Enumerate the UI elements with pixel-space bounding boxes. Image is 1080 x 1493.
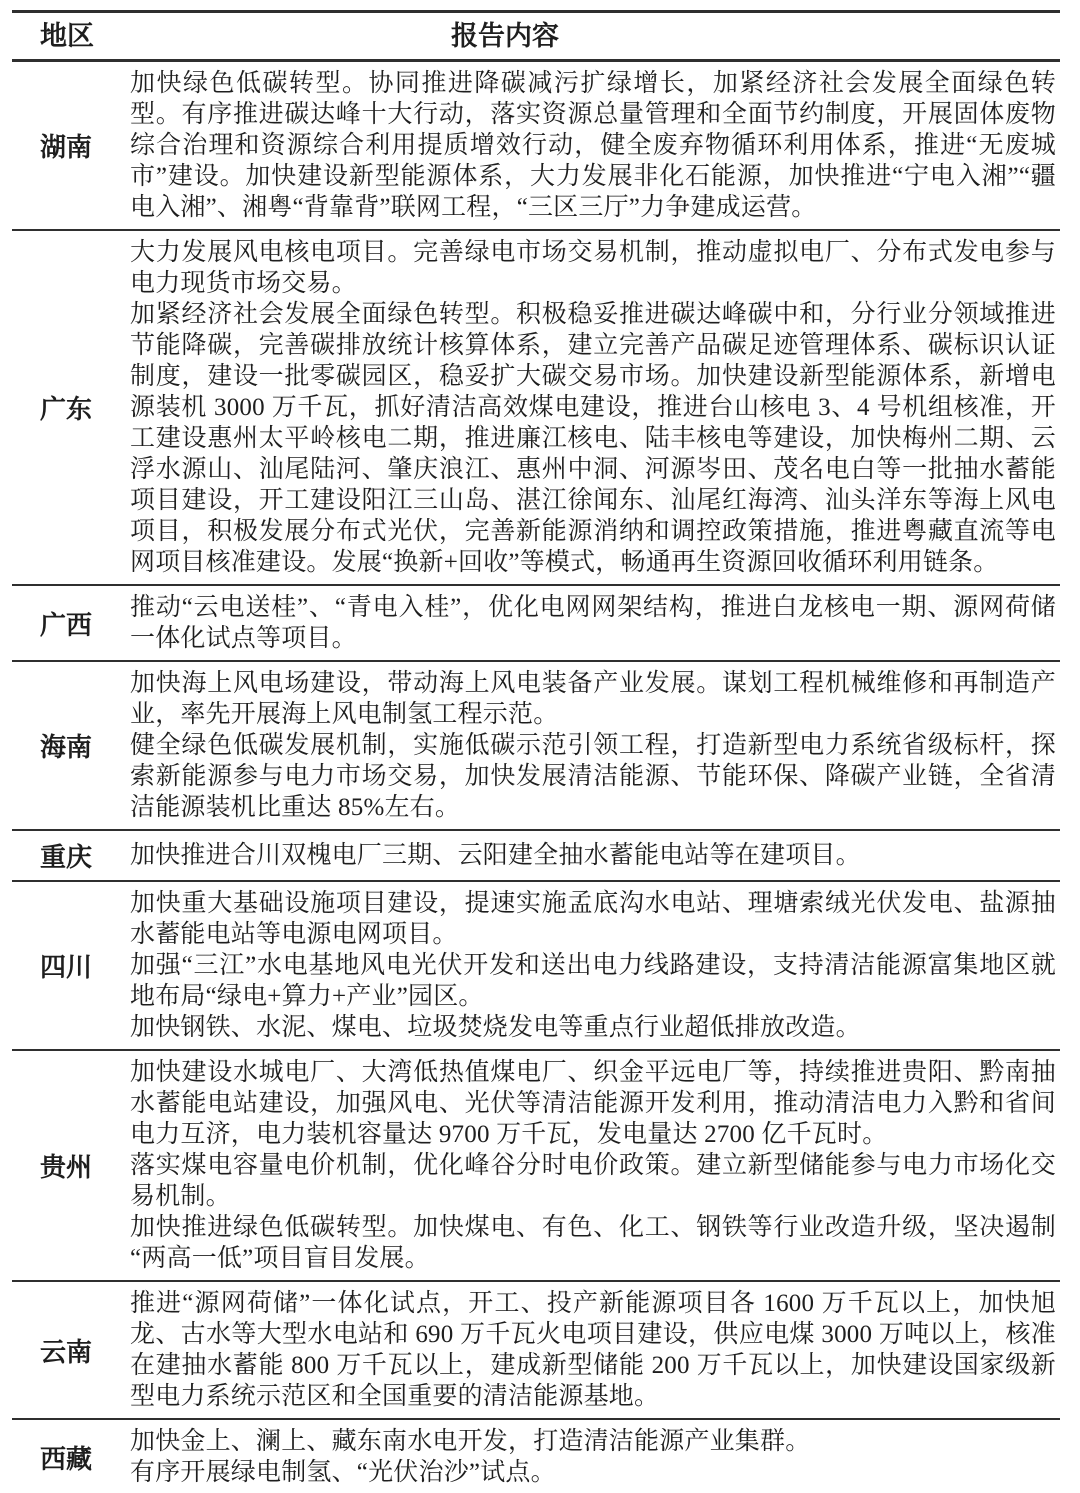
region-report-table: 地区 报告内容 湖南 加快绿色低碳转型。协同推进降碳减污扩绿增长，加紧经济社会发… [12, 10, 1060, 1493]
table-row-xizang: 西藏 加快金上、澜上、藏东南水电开发，打造清洁能源产业集群。 有序开展绿电制氢、… [12, 1419, 1060, 1493]
table-row-guangdong: 广东 大力发展风电核电项目。完善绿电市场交易机制，推动虚拟电厂、分布式发电参与电… [12, 230, 1060, 585]
region-label: 广东 [12, 230, 130, 585]
region-label: 湖南 [12, 61, 130, 231]
report-content: 大力发展风电核电项目。完善绿电市场交易机制，推动虚拟电厂、分布式发电参与电力现货… [130, 230, 1060, 585]
region-label: 广西 [12, 585, 130, 661]
report-content: 加快绿色低碳转型。协同推进降碳减污扩绿增长，加紧经济社会发展全面绿色转型。有序推… [130, 61, 1060, 231]
region-label: 重庆 [12, 830, 130, 881]
table-row-yunnan: 云南 推进“源网荷储”一体化试点，开工、投产新能源项目各 1600 万千瓦以上，… [12, 1281, 1060, 1419]
report-content: 加快海上风电场建设，带动海上风电装备产业发展。谋划工程机械维修和再制造产业，率先… [130, 661, 1060, 830]
header-content: 报告内容 [130, 12, 1060, 61]
region-label: 海南 [12, 661, 130, 830]
table-row-chongqing: 重庆 加快推进合川双槐电厂三期、云阳建全抽水蓄能电站等在建项目。 [12, 830, 1060, 881]
table-row-hainan: 海南 加快海上风电场建设，带动海上风电装备产业发展。谋划工程机械维修和再制造产业… [12, 661, 1060, 830]
region-label: 西藏 [12, 1419, 130, 1493]
region-label: 云南 [12, 1281, 130, 1419]
report-content: 加快金上、澜上、藏东南水电开发，打造清洁能源产业集群。 有序开展绿电制氢、“光伏… [130, 1419, 1060, 1493]
report-content: 加快推进合川双槐电厂三期、云阳建全抽水蓄能电站等在建项目。 [130, 830, 1060, 881]
table-row-guangxi: 广西 推动“云电送桂”、“青电入桂”，优化电网网架结构，推进白龙核电一期、源网荷… [12, 585, 1060, 661]
table-row-hunan: 湖南 加快绿色低碳转型。协同推进降碳减污扩绿增长，加紧经济社会发展全面绿色转型。… [12, 61, 1060, 231]
report-content: 推动“云电送桂”、“青电入桂”，优化电网网架结构，推进白龙核电一期、源网荷储一体… [130, 585, 1060, 661]
report-content: 加快重大基础设施项目建设，提速实施孟底沟水电站、理塘索绒光伏发电、盐源抽水蓄能电… [130, 881, 1060, 1050]
table-header-row: 地区 报告内容 [12, 12, 1060, 61]
report-content: 推进“源网荷储”一体化试点，开工、投产新能源项目各 1600 万千瓦以上，加快旭… [130, 1281, 1060, 1419]
table-row-sichuan: 四川 加快重大基础设施项目建设，提速实施孟底沟水电站、理塘索绒光伏发电、盐源抽水… [12, 881, 1060, 1050]
region-label: 贵州 [12, 1050, 130, 1281]
report-content: 加快建设水城电厂、大湾低热值煤电厂、织金平远电厂等，持续推进贵阳、黔南抽水蓄能电… [130, 1050, 1060, 1281]
region-label: 四川 [12, 881, 130, 1050]
header-region: 地区 [12, 12, 130, 61]
table-row-guizhou: 贵州 加快建设水城电厂、大湾低热值煤电厂、织金平远电厂等，持续推进贵阳、黔南抽水… [12, 1050, 1060, 1281]
